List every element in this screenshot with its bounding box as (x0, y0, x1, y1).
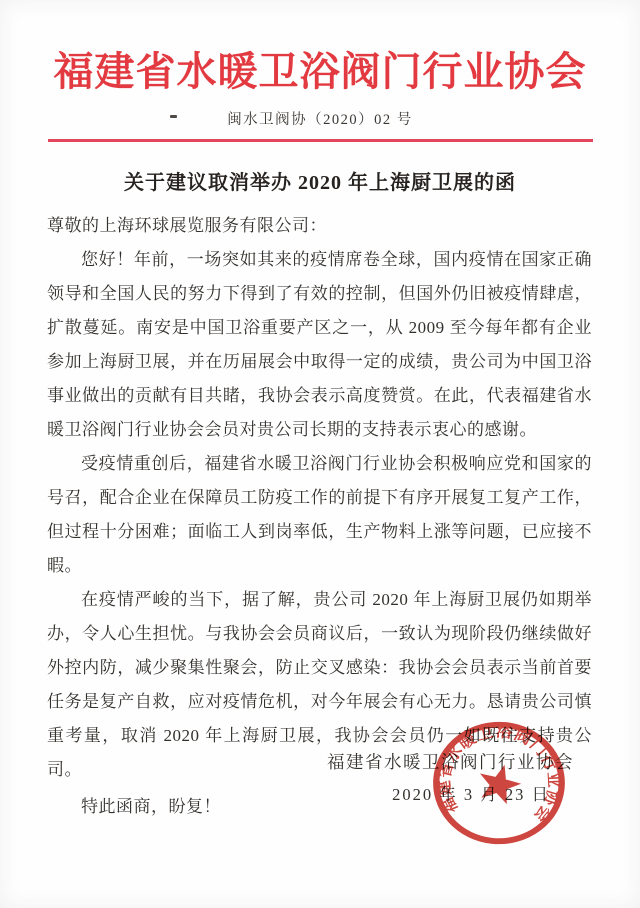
letterhead-org-name: 福建省水暖卫浴阀门行业协会 (0, 0, 640, 95)
letter-title: 关于建议取消举办 2020 年上海厨卫展的函 (0, 166, 640, 195)
letterhead-divider (48, 139, 593, 142)
signature-org-name: 福建省水暖卫浴阀门行业协会 (327, 749, 574, 774)
letter-page: 福建省水暖卫浴阀门行业协会 闽水卫阀协（2020）02 号 关于建议取消举办 2… (0, 0, 640, 908)
signature-date: 2020 年 3 月 23 日 (392, 781, 550, 805)
letter-body: 尊敬的上海环球展览服务有限公司： 您好！年前，一场突如其来的疫情席卷全球，国内疫… (47, 209, 592, 824)
paragraph-1: 您好！年前，一场突如其来的疫情席卷全球，国内疫情在国家正确领导和全国人民的努力下… (47, 243, 592, 447)
paragraph-2: 受疫情重创后，福建省水暖卫浴阀门行业协会积极响应党和国家的号召，配合企业在保障员… (47, 447, 592, 583)
scan-artifact-dash (170, 115, 177, 118)
salutation: 尊敬的上海环球展览服务有限公司： (47, 209, 592, 243)
document-number: 闽水卫阀协（2020）02 号 (0, 108, 640, 129)
